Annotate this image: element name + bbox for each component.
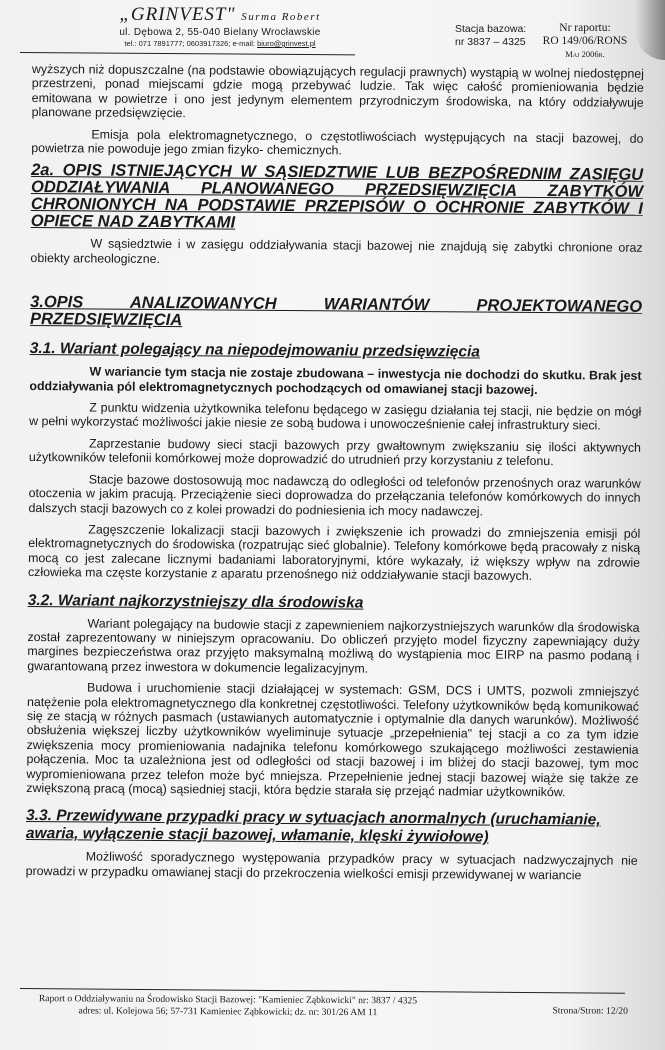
company-address: ul. Dębowa 2, 55-040 Bielany Wrocławskie — [105, 27, 335, 38]
paragraph: Zaprzestanie budowy sieci stacji bazowyc… — [29, 436, 641, 470]
report-info: Nr raportu: RO 149/06/RONS Maj 2006r. — [525, 22, 645, 61]
paragraph: W wariancie tym stacja nie zostaje zbudo… — [29, 364, 641, 398]
paragraph: Budowa i uruchomienie stacji działającej… — [26, 680, 639, 800]
station-label: Stacja bazowa: — [455, 23, 526, 36]
section-heading-3-1: 3.1. Wariant polegający na niepodejmowan… — [30, 340, 642, 363]
station-info: Stacja bazowa: nr 3837 – 4325 — [455, 23, 526, 49]
company-contact: tel.: 071 7891777; 0603917326; e-mail: b… — [105, 39, 335, 48]
company-block: „GRINVEST" Surma Robert ul. Dębowa 2, 55… — [105, 4, 335, 48]
report-label: Nr raportu: — [525, 22, 645, 35]
section-heading-3-3: 3.3. Przewidywane przypadki pracy w sytu… — [26, 807, 638, 848]
header-divider — [20, 52, 355, 55]
page-header: „GRINVEST" Surma Robert ul. Dębowa 2, 55… — [0, 0, 665, 60]
document-body: wyższych niż dopuszczalne (na podstawie … — [26, 62, 644, 890]
paragraph: Stacje bazowe dostosowują moc nadawczą d… — [28, 472, 640, 520]
station-number: nr 3837 – 4325 — [455, 36, 526, 49]
section-heading-3-2: 3.2. Wariant najkorzystniejszy dla środo… — [28, 592, 640, 615]
page-footer: Raport o Oddziaływaniu na Środowisko Sta… — [18, 993, 628, 997]
company-name: „GRINVEST" Surma Robert — [105, 4, 335, 26]
company-owner: Surma Robert — [241, 11, 320, 23]
company-name-text: „GRINVEST" — [119, 4, 235, 25]
paragraph: Emisja pola elektromagnetycznego, o częs… — [31, 127, 643, 161]
section-heading-3: 3.OPIS ANALIZOWANYCH WARIANTÓW PROJEKTOW… — [30, 294, 642, 333]
paragraph: Wariant polegający na budowie stacji z z… — [27, 616, 639, 678]
footer-address: adres: ul. Kolejowa 56; 57-731 Kamieniec… — [18, 1005, 438, 1020]
report-date: Maj 2006r. — [525, 48, 645, 61]
report-number: RO 149/06/RONS — [525, 35, 645, 48]
paragraph: Zagęszczenie lokalizacji stacji bazowych… — [28, 522, 640, 584]
paragraph: wyższych niż dopuszczalne (na podstawie … — [32, 62, 644, 124]
paragraph: W sąsiedztwie i w zasięgu oddziaływania … — [30, 236, 642, 270]
document-page: „GRINVEST" Surma Robert ul. Dębowa 2, 55… — [0, 0, 665, 1050]
page-number: Strona/Stron: 12/20 — [552, 1005, 627, 1017]
paragraph: Możliwość sporadycznego występowania prz… — [26, 849, 638, 883]
email-link[interactable]: biuro@grinvest.pl — [257, 39, 315, 48]
section-heading-2a: 2a. OPIS ISTNIEJĄCYCH W SĄSIEDZTWIE LUB … — [31, 162, 644, 235]
paragraph: Z punktu widzenia użytkownika telefonu b… — [29, 400, 641, 434]
contact-phones: tel.: 071 7891777; 0603917326; e-mail: — [124, 39, 255, 48]
footer-report-info: Raport o Oddziaływaniu na Środowisko Sta… — [18, 993, 438, 1020]
